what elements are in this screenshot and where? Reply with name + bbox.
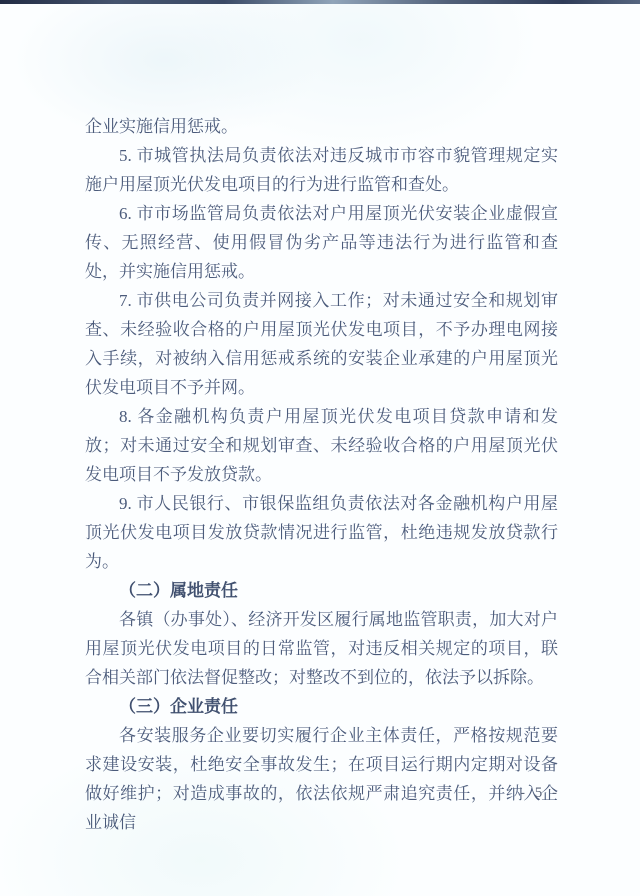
document-body: 企业实施信用惩戒。5. 市城管执法局负责依法对违反城市市容市貌管理规定实施户用屋… bbox=[85, 112, 558, 837]
section-heading: （三）企业责任 bbox=[85, 692, 558, 721]
paragraph: 企业实施信用惩戒。 bbox=[85, 112, 558, 141]
paragraph: 7. 市供电公司负责并网接入工作；对未通过安全和规划审查、未经验收合格的户用屋顶… bbox=[85, 286, 558, 402]
paragraph: 各镇（办事处）、经济开发区履行属地监管职责，加大对户用屋顶光伏发电项目的日常监管… bbox=[85, 605, 558, 692]
scanned-document-page: 企业实施信用惩戒。5. 市城管执法局负责依法对违反城市市容市貌管理规定实施户用屋… bbox=[0, 0, 640, 896]
page-number: - 5 - bbox=[500, 785, 580, 802]
paragraph: 9. 市人民银行、市银保监组负责依法对各金融机构户用屋顶光伏发电项目发放贷款情况… bbox=[85, 489, 558, 576]
section-heading: （二）属地责任 bbox=[85, 576, 558, 605]
scan-top-edge bbox=[0, 0, 640, 4]
paragraph: 5. 市城管执法局负责依法对违反城市市容市貌管理规定实施户用屋顶光伏发电项目的行… bbox=[85, 141, 558, 199]
paragraph: 6. 市市场监管局负责依法对户用屋顶光伏安装企业虚假宣传、无照经营、使用假冒伪劣… bbox=[85, 199, 558, 286]
paragraph: 8. 各金融机构负责户用屋顶光伏发电项目贷款申请和发放；对未通过安全和规划审查、… bbox=[85, 402, 558, 489]
paragraph: 各安装服务企业要切实履行企业主体责任，严格按规范要求建设安装，杜绝安全事故发生；… bbox=[85, 721, 558, 837]
